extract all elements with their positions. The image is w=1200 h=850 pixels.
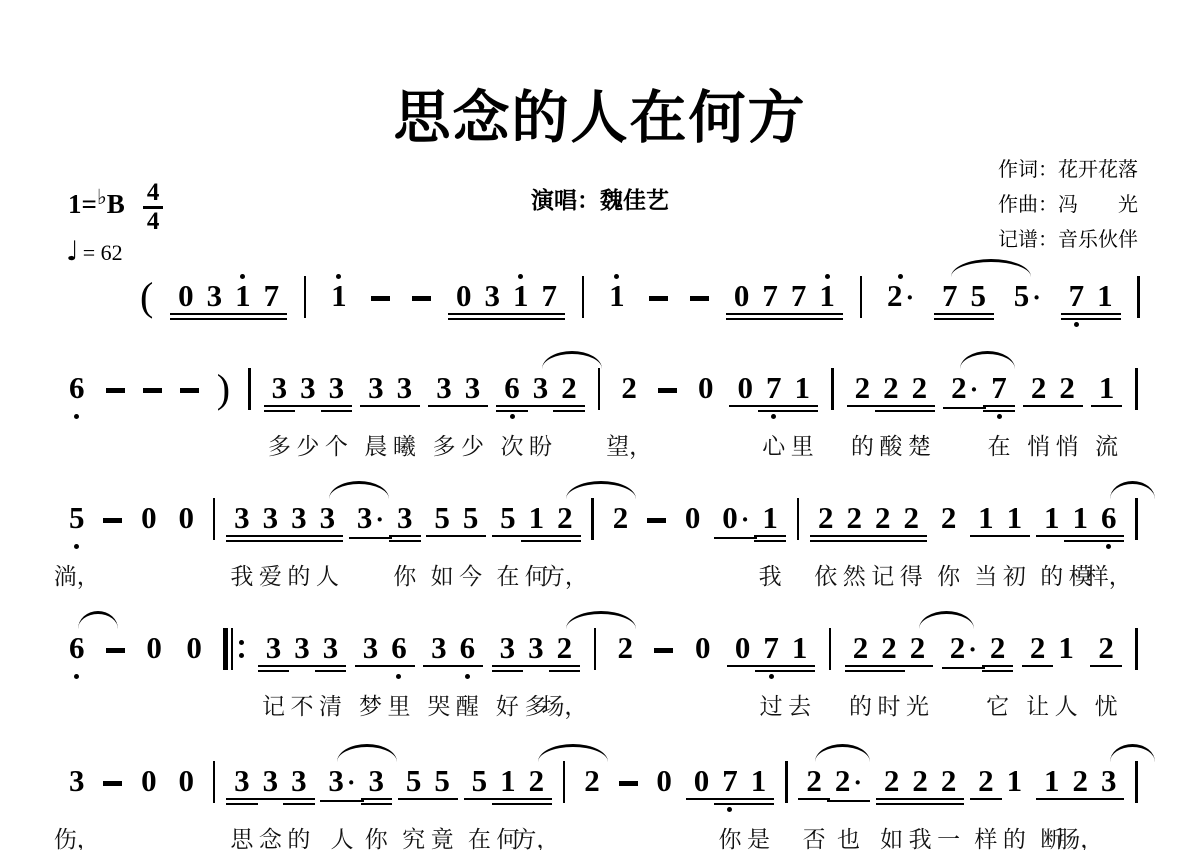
beam-group: 6 (66, 364, 88, 419)
beam-group: 1 (328, 272, 350, 328)
note-token: 0 (653, 757, 675, 813)
lyric-syllable: 光 (906, 688, 929, 721)
beam-group: 0 (682, 494, 704, 550)
beam-group: 5如5今 (431, 494, 481, 550)
lyric-syllable: 梦 (359, 688, 382, 721)
lyric-syllable: 的 (851, 428, 874, 461)
note-token: 2悄 (1028, 364, 1050, 420)
note-token: 2如 (881, 757, 903, 813)
note-number: 2 (847, 501, 863, 534)
tempo-value: = 62 (83, 240, 123, 265)
beam-group: 6次3盼2 (501, 364, 580, 420)
note-token: 7 (261, 272, 283, 328)
barline (1135, 494, 1138, 540)
octave-dot-slot (505, 807, 510, 813)
dash-note (103, 757, 122, 786)
note-number: 0 (737, 371, 753, 404)
barline (563, 757, 566, 803)
note-number: 3 (291, 764, 307, 797)
note-token: 1何 (526, 494, 548, 550)
octave-dot-slot (339, 809, 344, 815)
octave-dot-slot (402, 414, 407, 420)
note-number: 5 (970, 279, 986, 312)
note-token: 1 (1094, 272, 1116, 328)
lyric-syllable: 过 (760, 688, 783, 721)
lyric-syllable: 你 (937, 558, 960, 591)
octave-dot-slot (768, 322, 773, 328)
beam-group: 1 (606, 272, 628, 328)
dash-note (619, 757, 638, 786)
note-number: 6 (69, 631, 85, 664)
octave-dot-slot (1102, 322, 1107, 328)
octave-dot-slot (823, 544, 828, 550)
note-token: 7心 (763, 364, 785, 420)
note-token: 0 (692, 624, 714, 680)
octave-dot-slot (538, 414, 543, 420)
note-token: 1 (816, 272, 838, 328)
note-number: 1 (513, 279, 529, 312)
lyric-syllable: 盼 (529, 428, 552, 461)
lyric-syllable: 楚 (908, 428, 931, 461)
lyric-syllable: 的 (287, 558, 310, 591)
lyric-syllable: 场， (541, 688, 587, 721)
note-number: 2 (613, 501, 629, 534)
note-number: 2 (881, 631, 897, 664)
note-number: 0 (456, 279, 472, 312)
octave-dot-slot (703, 414, 708, 420)
lyric-syllable: 忧 (1095, 688, 1118, 721)
octave-dot-slot (846, 809, 851, 815)
beam-group: 0 (175, 494, 197, 550)
note-token: 3记 (263, 624, 285, 680)
note-token: 7 (759, 272, 781, 328)
note-token: 2然 (844, 494, 866, 550)
music-system-4: 6003记3不3清3梦6里3哭6醒3好3多2场，2007过1去2的2时2光2·2… (66, 624, 1138, 724)
octave-dot-slot (436, 674, 441, 680)
note-number: 5 (463, 501, 479, 534)
octave-dot-slot (860, 414, 865, 420)
octave-dot-slot (733, 546, 738, 552)
octave-dot-slot (915, 674, 920, 680)
lyric-syllable: 不 (291, 688, 314, 721)
octave-dot-slot (983, 807, 988, 813)
beam-group: 3·3你 (354, 494, 416, 552)
note-number: 2 (561, 371, 577, 404)
note-number: 3 (294, 631, 310, 664)
augmentation-dot: · (968, 633, 977, 666)
barline (797, 494, 800, 540)
beam-group: 1断2肠，3 (1041, 757, 1120, 813)
beam-group: 2 (615, 624, 637, 680)
note-number: 5 (406, 764, 422, 797)
note-token: 5淌， (66, 494, 88, 549)
note-number: 3 (485, 279, 501, 312)
beam-group: 07心1里 (734, 364, 813, 420)
note-token: 0 (734, 364, 756, 420)
note-token: 2时 (878, 624, 900, 680)
octave-dot-slot (852, 544, 857, 550)
octave-dot-slot (690, 544, 695, 550)
note-number: 3 (263, 764, 279, 797)
note-number: 2 (978, 764, 994, 797)
note-token: 7 (1066, 272, 1088, 328)
lyric-syllable: 人 (330, 821, 353, 850)
barline (304, 272, 307, 318)
octave-dot-slot (441, 414, 446, 420)
note-token: 1 (232, 272, 254, 328)
lyric-syllable: 你 (393, 558, 416, 591)
lyric-syllable: 醒 (456, 688, 479, 721)
beam-group: 3记3不3清 (263, 624, 342, 680)
lyric-syllable: 心 (762, 428, 785, 461)
note-token: 2 (615, 624, 637, 680)
lyric-syllable: 如 (880, 821, 903, 850)
octave-dot-slot (461, 322, 466, 328)
note-token: 2我 (909, 757, 931, 813)
note-number: 2 (887, 279, 903, 312)
octave-dot-slot (946, 807, 951, 813)
octave-dot-slot (825, 322, 830, 328)
barline (213, 757, 216, 803)
octave-dot-slot (1064, 674, 1069, 680)
note-token: 1里 (791, 364, 813, 420)
note-number: 1 (1099, 371, 1115, 404)
note-number: 2 (557, 501, 573, 534)
lyric-syllable: 一 (937, 821, 960, 850)
note-token: 1断 (1041, 757, 1063, 813)
note-token: 0 (731, 272, 753, 328)
lyric-syllable: 好 (496, 688, 519, 721)
note-number: 5 (69, 501, 85, 534)
note-token: 3哭 (428, 624, 450, 680)
note-token: 1是 (748, 757, 770, 813)
beam-group: 0771 (731, 272, 838, 328)
note-token: 5如 (431, 494, 453, 550)
beam-group: 0317 (175, 272, 282, 328)
lyric-syllable: 里 (791, 428, 814, 461)
note-number: 0 (685, 501, 701, 534)
octave-dot-slot (983, 544, 988, 550)
octave-dot-slot (336, 322, 341, 328)
note-token: 6里 (388, 624, 410, 680)
beam-group: 1流 (1096, 364, 1118, 420)
note-number: 0 (694, 764, 710, 797)
octave-dot-below (1074, 322, 1079, 327)
beam-group: 0 (653, 757, 675, 813)
octave-dot-slot (1035, 674, 1040, 680)
note-token: 1去 (789, 624, 811, 680)
octave-dot-slot (1049, 807, 1054, 813)
note-number: 7 (722, 764, 738, 797)
lyric-syllable: 你 (718, 821, 741, 850)
note-token: 3不 (291, 624, 313, 680)
note-number: 2 (806, 764, 822, 797)
note-token: 3少 (462, 364, 484, 420)
barline (1135, 757, 1138, 803)
barline (1137, 272, 1140, 318)
note-number: 1 (792, 631, 808, 664)
repeat-sign (223, 628, 244, 670)
note-token: 2肠， (1069, 757, 1091, 813)
octave-dot-slot (184, 544, 189, 550)
note-token: 2 (610, 494, 632, 550)
octave-dot-slot (271, 674, 276, 680)
octave-dot-slot (756, 807, 761, 813)
octave-dot-slot (1049, 544, 1054, 550)
lyric-syllable: 悄 (1027, 428, 1050, 461)
beam-group: 2如2我2一 (881, 757, 960, 813)
note-token: 6 (66, 364, 88, 419)
beam-group: 5· (1011, 272, 1044, 330)
lyric-syllable: 得 (900, 558, 923, 591)
note-token: 2酸 (880, 364, 902, 420)
song-title: 思念的人在何方 (0, 90, 1200, 147)
note-number: 2 (618, 631, 634, 664)
tempo-marking: ♩= 62 (66, 236, 123, 267)
note-number: 6 (1101, 501, 1117, 534)
note-number: 2 (853, 631, 869, 664)
note-token: 2你 (938, 494, 960, 550)
octave-dot-slot (898, 324, 903, 330)
octave-dot-slot (373, 414, 378, 420)
note-token: 2 (581, 757, 603, 813)
dash-note (180, 364, 199, 393)
parenthesis: ( (140, 274, 153, 320)
beam-group: 1当1初 (975, 494, 1025, 550)
barline (831, 364, 834, 410)
lyric-syllable: 酸 (879, 428, 902, 461)
dash-note (371, 272, 390, 301)
note-number: 1 (794, 371, 810, 404)
note-token: 2依 (815, 494, 837, 550)
octave-dot-slot (614, 322, 619, 328)
barline (829, 624, 832, 670)
note-number: 2 (557, 631, 573, 664)
note-number: 0 (178, 279, 194, 312)
note-number: 0 (141, 764, 157, 797)
beam-group: 5淌， (66, 494, 88, 549)
octave-dot-slot (269, 322, 274, 328)
note-token: 2样 (975, 757, 997, 813)
lyric-syllable: 让 (1026, 688, 1049, 721)
beam-group: 2你 (938, 494, 960, 550)
note-number: 1 (1072, 501, 1088, 534)
note-token: 0 (682, 494, 704, 550)
octave-dot-below (396, 674, 401, 679)
note-token: 0 (695, 364, 717, 420)
note-number: 3 (234, 501, 250, 534)
barline (1135, 624, 1138, 670)
octave-dot-slot (887, 674, 892, 680)
note-number: 3 (533, 371, 549, 404)
octave-dot-below (74, 674, 79, 679)
note-token: 3·人 (325, 757, 358, 815)
note-number: 1 (331, 279, 347, 312)
octave-dot-slot (947, 322, 952, 328)
octave-dot-slot (183, 322, 188, 328)
note-number: 0 (186, 631, 202, 664)
octave-dot-slot (470, 414, 475, 420)
note-token: 1当 (975, 494, 997, 550)
octave-dot-below (771, 414, 776, 419)
octave-dot-slot (662, 807, 667, 813)
octave-dot-slot (812, 807, 817, 813)
octave-dot-slot (152, 674, 157, 680)
augmentation-dot: · (905, 281, 914, 314)
note-number: 7 (763, 631, 779, 664)
note-number: 3 (363, 631, 379, 664)
note-token: 7在 (988, 364, 1010, 422)
beam-group: 3我3爱3的3人 (231, 494, 338, 550)
note-number: 3 (528, 631, 544, 664)
octave-dot-slot (192, 674, 197, 680)
barline (594, 624, 597, 670)
lyric-syllable: 思 (230, 821, 253, 850)
note-token: 3多 (525, 624, 547, 680)
note-number: 3 (465, 371, 481, 404)
note-number: 1 (609, 279, 625, 312)
beam-group: 0·1我 (719, 494, 781, 552)
note-number: 6 (69, 371, 85, 404)
lyric-syllable: 多 (432, 428, 455, 461)
lyric-syllable: 它 (986, 688, 1009, 721)
note-number: 3 (320, 501, 336, 534)
beam-group: 0 (138, 494, 160, 550)
octave-dot-slot (797, 674, 802, 680)
beam-group: 2的2酸2楚 (852, 364, 931, 420)
octave-dot-below (727, 807, 732, 812)
beam-group: 0 (175, 757, 197, 813)
note-number: 3 (69, 764, 85, 797)
note-token: 3 (204, 272, 226, 328)
note-number: 0 (146, 631, 162, 664)
note-number: 2 (912, 764, 928, 797)
lyric-syllable: 样 (974, 821, 997, 850)
beam-group: 2·7在 (948, 364, 1010, 422)
quarter-note-icon: ♩ (66, 236, 79, 267)
note-number: 2 (1072, 764, 1088, 797)
octave-dot-slot (889, 807, 894, 813)
octave-dot-slot (277, 414, 282, 420)
credit-composer: 作曲：冯 光 (998, 188, 1138, 223)
lyric-syllable: 是 (747, 821, 770, 850)
note-token: 1何 (497, 757, 519, 813)
note-token: 1流 (1096, 364, 1118, 420)
note-number: 3 (272, 371, 288, 404)
music-system-5: 3伤，003思3念3的3·人3你5究5竟5在1何2方，2007你1是2否2·也2… (66, 757, 1138, 850)
note-number: 1 (1044, 501, 1060, 534)
time-signature-denominator: 4 (147, 209, 160, 235)
octave-dot-slot (518, 322, 523, 328)
note-token: 5竟 (431, 757, 453, 813)
note-number: 6 (504, 371, 520, 404)
lyric-syllable: 究 (402, 821, 425, 850)
note-number: 3 (207, 279, 223, 312)
octave-dot-slot (239, 807, 244, 813)
beam-group: 0317 (453, 272, 560, 328)
octave-dot-slot (1078, 544, 1083, 550)
note-number: 3 (300, 371, 316, 404)
note-number: 1 (978, 501, 994, 534)
note-token: 3伤， (66, 757, 88, 813)
note-number: 2 (904, 501, 920, 534)
dash-note (412, 272, 431, 301)
lyric-syllable: 如 (431, 558, 454, 591)
note-number: 7 (942, 279, 958, 312)
beam-group: 3多3少 (433, 364, 483, 420)
beam-group: 2忧 (1095, 624, 1117, 680)
music-system-3: 5淌，003我3爱3的3人3·3你5如5今5在1何2方，200·1我2依2然2记… (66, 494, 1138, 594)
time-signature: 4 4 (143, 180, 164, 235)
octave-dot-slot (334, 414, 339, 420)
note-number: 1 (1044, 764, 1060, 797)
note-token: 2 (558, 364, 580, 420)
octave-dot-slot (300, 674, 305, 680)
note-token: 0· (719, 494, 752, 552)
music-system-2: 6)3多3少3个3晨3曦3多3少6次3盼22望，007心1里2的2酸2楚2·7在… (66, 364, 1138, 464)
octave-dot-slot (743, 414, 748, 420)
octave-dot-slot (268, 544, 273, 550)
note-token: 3的 (288, 494, 310, 550)
note-token: 1人 (1055, 624, 1077, 680)
beam-group: 0 (692, 624, 714, 680)
note-token: 0 (175, 757, 197, 813)
octave-dot-slot (618, 544, 623, 550)
octave-dot-slot (800, 414, 805, 420)
octave-dot-slot (1065, 414, 1070, 420)
note-token: 3我 (231, 494, 253, 550)
note-token: 2楚 (909, 364, 931, 420)
beam-group: 6 (66, 624, 88, 679)
note-token: 3梦 (360, 624, 382, 680)
note-number: 7 (264, 279, 280, 312)
note-token: 2· (884, 272, 917, 330)
octave-dot-slot (562, 674, 567, 680)
note-token: 2让 (1027, 624, 1049, 680)
octave-dot-slot (374, 807, 379, 813)
octave-dot-slot (961, 676, 966, 682)
note-token: 2方， (526, 757, 548, 813)
note-token: 3的 (288, 757, 310, 813)
lyric-syllable: 样， (1086, 558, 1132, 591)
lyric-syllable: 记 (262, 688, 285, 721)
note-number: 7 (766, 371, 782, 404)
beam-group: 5在1何2方， (469, 757, 548, 813)
note-number: 0 (695, 631, 711, 664)
dash-note (658, 364, 677, 393)
beam-group: 5在1何2方， (497, 494, 576, 550)
lyric-syllable: 个 (325, 428, 348, 461)
octave-dot-slot (740, 674, 745, 680)
note-token: 2光 (907, 624, 929, 680)
note-number: 3 (328, 764, 344, 797)
beam-group: 2· (884, 272, 917, 330)
note-number: 2 (529, 764, 545, 797)
lyric-syllable: 记 (871, 558, 894, 591)
note-token: 2· (947, 624, 980, 682)
note-token: 2的 (852, 364, 874, 420)
octave-dot-slot (328, 674, 333, 680)
octave-dot-slot (1012, 807, 1017, 813)
note-number: 7 (1069, 279, 1085, 312)
note-token: 0 (138, 494, 160, 550)
note-number: 2 (1098, 631, 1114, 664)
note-number: 1 (1097, 279, 1113, 312)
note-number: 0 (734, 279, 750, 312)
lyric-syllable: 肠， (1057, 821, 1103, 850)
octave-dot-slot (888, 414, 893, 420)
note-token: 1初 (1004, 494, 1026, 550)
